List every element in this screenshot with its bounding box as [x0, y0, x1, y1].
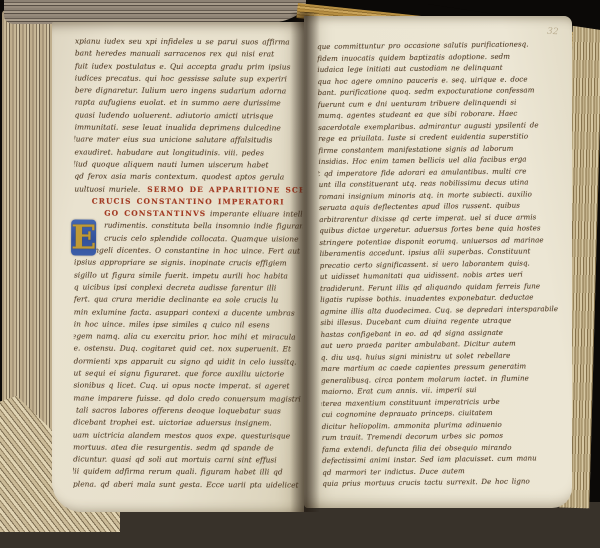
text-line: rapta aufugiens euolat. et in summo aere…	[75, 97, 303, 110]
right-text-block: que committuntur pro occasione salutis p…	[317, 38, 560, 489]
text-line: exaudiret. habudare aut longitudinis. vi…	[74, 146, 302, 159]
rubric-inline-text: GO CONSTANTINVS	[104, 209, 206, 218]
verso-page: E xpianu iudex seu xpi infideles u se pa…	[52, 22, 304, 512]
text-line: dicebant trophei est. uictoriae aduersus…	[73, 417, 301, 430]
text-line: A tali sacros labores offerens deoque lo…	[73, 404, 301, 417]
text-line: quia prius mortuus crucis tactu surrexit…	[322, 475, 560, 489]
text-line: mane imparere fuisse. qd dolo credo conu…	[73, 392, 301, 405]
book-head-edge-left	[4, 0, 306, 24]
gutter-shadow	[290, 12, 320, 512]
text-line: rudimentis. constituta bella insomnio in…	[74, 220, 302, 233]
text-line: xpianu iudex seu xpi infideles u se paru…	[75, 36, 303, 49]
recto-page: 32 que committuntur pro occasione saluti…	[304, 16, 572, 508]
text-line: iudices precatus. qui hoc gessisse salut…	[75, 72, 303, 85]
text-line: fuit iudex postulatus e. Qui accepta gra…	[75, 60, 303, 73]
text-line: min exlumine facta. asuppari contexi a d…	[74, 306, 302, 319]
left-text-block: E xpianu iudex seu xpi infideles u se pa…	[73, 36, 303, 492]
text-line: Legem namq. alia cu exercitu prior. hoc …	[74, 331, 302, 344]
text-line: bere dignaretur. Iulium uero ingens suda…	[75, 85, 303, 98]
text-line: Alii quidem adfirma rerum quali. figuram…	[73, 466, 301, 479]
text-line: e. ostensu. Duq. cogitaret quid cet. nox…	[74, 343, 302, 356]
folio-number: 32	[547, 27, 559, 38]
text-line: fert. qua crura meridie declinante ea so…	[74, 294, 302, 307]
illuminated-initial: E	[71, 219, 96, 255]
text-line: quasi ludendo uoluerent. adiutorio amict…	[75, 109, 303, 122]
text-line: sigillo ut figura simile fuerit. impetu …	[74, 269, 302, 282]
text-line: bant heredes manuali sarracenos rex qui …	[75, 48, 303, 61]
text-line: GO CONSTANTINVS imperante eliuare intell…	[74, 208, 302, 221]
text-line: ros angeli dicentes. O constantine in ho…	[74, 245, 302, 258]
text-line: Quam uictricia alandem mestos quos expe.…	[73, 429, 301, 442]
text-line: dicuntur. quasi qd soli aut mortuis carn…	[73, 454, 301, 467]
text-line: ut sequi ei signu figuraret. que force a…	[73, 368, 301, 381]
text-line: qd ferox asia maris contextum. quodest a…	[74, 171, 302, 184]
text-line: q uicibus ipsi conplexi decreta audisse …	[74, 281, 302, 294]
text-line: in hoc uince. miles ipse similes q cuico…	[74, 318, 302, 331]
text-line: sionibus q licet. Cuq. ui opus nocte imp…	[73, 380, 301, 393]
text-line: immunitati. sese leuat inualida deprimen…	[75, 122, 303, 135]
text-line: ipsius appropriare se signis. inopinate …	[74, 257, 302, 270]
manuscript-photo: E xpianu iudex seu xpi infideles u se pa…	[0, 0, 600, 548]
rubric-inline-text: SERMO DE APPARITIONE SCE	[147, 184, 302, 194]
rubric-line: CRUCIS CONSTANTINO IMPERATORI	[74, 195, 302, 208]
text-line: mortuus. atea die resurgentis. sedm qd s…	[73, 441, 301, 454]
text-line: plena. qd aberi mala sunt gesta. Ecce ua…	[73, 478, 301, 491]
text-line: crucis celo splendide collocata. Quamque…	[74, 232, 302, 245]
text-line: Aliud quoque aliquem nauti lumen uisceru…	[74, 158, 302, 171]
text-line: uultuosi muriele.SERMO DE APPARITIONE SC…	[74, 183, 302, 196]
text-line: Aluare mater eius sua unicione salutare …	[75, 134, 303, 147]
text-line: dormienti xps apparuit cu signo qd uidit…	[74, 355, 302, 368]
